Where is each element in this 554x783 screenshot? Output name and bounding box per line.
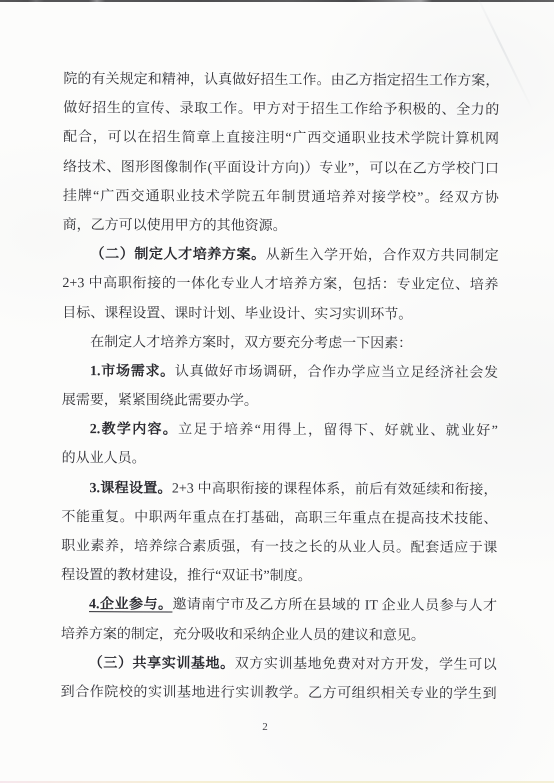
line-text: 立足于培养“用得上，留得下、好就业、就业好” bbox=[178, 423, 498, 439]
text-line: 商，乙方可以使用甲方的其他资源。 bbox=[63, 211, 499, 242]
line-text: 配合，可以在招生简章上直接注明“广西交通职业技术学院计算机网 bbox=[63, 130, 499, 147]
line-text: 展需要，紧紧围绕此需要办学。 bbox=[62, 393, 258, 409]
line-text: 做好招生的宣传、录取工作。甲方对于招生工作给予积极的、全力的 bbox=[63, 101, 499, 118]
text-line: 挂牌“广西交通职业技术学院五年制贯通培养对接学校”。经双方协 bbox=[63, 182, 499, 213]
text-line: 的从业人员。 bbox=[62, 444, 498, 475]
line-text: 商，乙方可以使用甲方的其他资源。 bbox=[63, 218, 287, 234]
text-line-item-4: 4.企业参与。邀请南宁市及乙方所在县域的 IT 企业人员参与人才 bbox=[61, 590, 497, 621]
document-text: 院的有关规定和精神，认真做好招生工作。由乙方指定招生工作方案， 做好招生的宣传、… bbox=[61, 65, 500, 709]
page-number: 2 bbox=[0, 721, 542, 733]
line-bold-text: 1.市场需求。 bbox=[90, 364, 175, 379]
text-line-item-3: 3.课程设置。2+3 中高职衔接的课程体系，前后有效延续和衔接， bbox=[61, 474, 497, 505]
text-line: 不能重复。中职两年重点在打基础，高职三年重点在提高技术技能、 bbox=[61, 503, 497, 534]
text-line: 络技术、图形图像制作(平面设计方向)）专业”，可以在乙方学校门口 bbox=[63, 153, 499, 184]
line-text: 院的有关规定和精神，认真做好招生工作。由乙方指定招生工作方案， bbox=[63, 72, 499, 89]
line-text: 在制定人才培养方案时，双方要充分考虑一下因素： bbox=[90, 335, 412, 351]
text-line: 职业素养，培养综合素质强，有一技之长的从业人员。配套适应于课 bbox=[61, 532, 497, 563]
line-text: 从新生入学开始，合作双方共同制定 bbox=[266, 248, 499, 264]
line-text: 程设置的教材建设，推行“双证书”制度。 bbox=[61, 568, 312, 584]
line-text: 双方实训基地免费对对方开发，学生可以 bbox=[235, 657, 497, 673]
text-line-item-1: 1.市场需求。认真做好市场调研，合作办学应当立足经济社会发 bbox=[62, 357, 498, 388]
text-line-item-2: 2.教学内容。立足于培养“用得上，留得下、好就业、就业好” bbox=[62, 415, 498, 446]
text-line: 到合作院校的实训基地进行实训教学。乙方可组织相关专业的学生到 bbox=[61, 678, 497, 709]
line-text: 2+3 中高职衔接的课程体系，前后有效延续和衔接， bbox=[172, 481, 498, 497]
scan-top-edge-artifact bbox=[0, 0, 554, 2]
line-text: 邀请南宁市及乙方所在县域的 IT 企业人员参与人才 bbox=[172, 598, 497, 614]
line-text: 不能重复。中职两年重点在打基础，高职三年重点在提高技术技能、 bbox=[61, 510, 497, 527]
line-bold-text: 3.课程设置。 bbox=[90, 481, 172, 496]
line-bold-text: 4.企业参与。 bbox=[89, 598, 172, 613]
text-line: 在制定人才培养方案时，双方要充分考虑一下因素： bbox=[62, 328, 498, 359]
line-text: 培养方案的制定，充分吸收和采纳企业人员的建议和意见。 bbox=[61, 627, 425, 644]
line-bold-text: （二）制定人才培养方案。 bbox=[91, 247, 266, 263]
text-line: 2+3 中高职衔接的一体化专业人才培养方案，包括：专业定位、培养 bbox=[62, 269, 498, 300]
text-line: 配合，可以在招生简章上直接注明“广西交通职业技术学院计算机网 bbox=[63, 123, 499, 154]
scanned-document-page: 院的有关规定和精神，认真做好招生工作。由乙方指定招生工作方案， 做好招生的宣传、… bbox=[0, 0, 554, 783]
line-text: 到合作院校的实训基地进行实训教学。乙方可组织相关专业的学生到 bbox=[61, 685, 497, 702]
line-text: 2+3 中高职衔接的一体化专业人才培养方案，包括：专业定位、培养 bbox=[62, 276, 498, 293]
text-line: 程设置的教材建设，推行“双证书”制度。 bbox=[61, 561, 497, 592]
text-line: 培养方案的制定，充分吸收和采纳企业人员的建议和意见。 bbox=[61, 620, 497, 651]
line-text: 络技术、图形图像制作(平面设计方向)）专业”，可以在乙方学校门口 bbox=[63, 160, 499, 177]
line-text: 挂牌“广西交通职业技术学院五年制贯通培养对接学校”。经双方协 bbox=[63, 189, 499, 206]
text-line: 院的有关规定和精神，认真做好招生工作。由乙方指定招生工作方案， bbox=[63, 65, 499, 96]
text-line-heading-2: （二）制定人才培养方案。从新生入学开始，合作双方共同制定 bbox=[63, 240, 499, 271]
text-line-heading-3: （三）共享实训基地。双方实训基地免费对对方开发，学生可以 bbox=[61, 649, 497, 680]
text-line: 做好招生的宣传、录取工作。甲方对于招生工作给予积极的、全力的 bbox=[63, 94, 499, 125]
line-text: 目标、课程设置、课时计划、毕业设计、实习实训环节。 bbox=[62, 306, 412, 323]
line-text: 认真做好市场调研，合作办学应当立足经济社会发 bbox=[175, 364, 498, 380]
line-text: 的从业人员。 bbox=[62, 451, 146, 466]
text-line: 目标、课程设置、课时计划、毕业设计、实习实训环节。 bbox=[62, 299, 498, 330]
line-text: 职业素养，培养综合素质强，有一技之长的从业人员。配套适应于课 bbox=[61, 539, 497, 556]
line-bold-text: 2.教学内容。 bbox=[90, 422, 178, 437]
text-line: 展需要，紧紧围绕此需要办学。 bbox=[62, 386, 498, 417]
line-bold-text: （三）共享实训基地。 bbox=[89, 656, 235, 672]
